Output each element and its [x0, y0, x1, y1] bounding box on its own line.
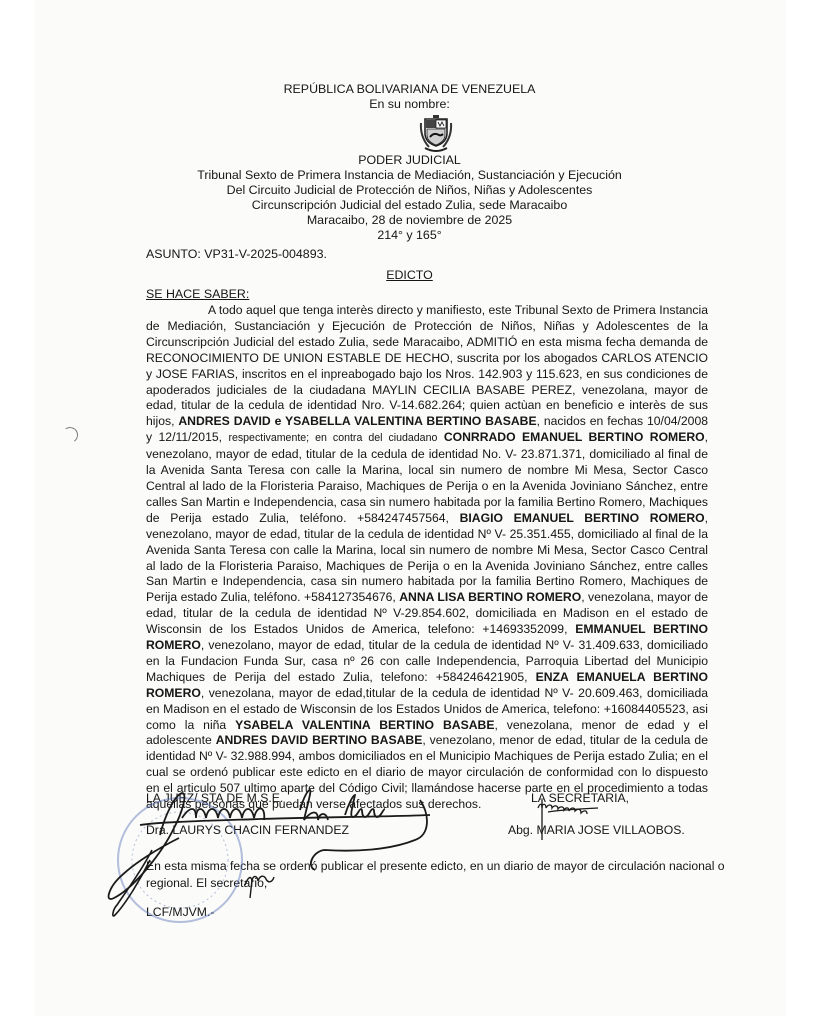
- header-tribunal: Tribunal Sexto de Primera Instancia de M…: [0, 168, 819, 183]
- children-names: ANDRES DAVID e YSABELLA VALENTINA BERTIN…: [178, 414, 536, 428]
- minor-1: YSABELA VALENTINA BERTINO BASABE: [235, 718, 494, 732]
- hace-saber-heading: SE HACE SABER:: [146, 287, 249, 301]
- secretary-name: Abg. MARIA JOSE VILLAOBOS.: [508, 823, 685, 837]
- defendant-1: CONRRADO EMANUEL BERTINO ROMERO: [444, 430, 705, 444]
- case-number: ASUNTO: VP31-V-2025-004893.: [146, 247, 327, 261]
- document-title: EDICTO: [0, 268, 819, 282]
- publication-note: En esta misma fecha se ordenó publicar e…: [146, 858, 736, 892]
- minor-2: ANDRES DAVID BERTINO BASABE: [216, 733, 423, 747]
- coat-of-arms-icon: [419, 113, 453, 153]
- respectively-text: respectivamente; en contra del ciudadano: [228, 432, 437, 444]
- body-intro: A todo aquel que tenga interès directo y…: [146, 303, 708, 428]
- header-republic: REPÚBLICA BOLIVARIANA DE VENEZUELA: [0, 82, 819, 97]
- defendant-3: ANNA LISA BERTINO ROMERO: [399, 590, 581, 604]
- judge-name: Dra. LAURYS CHACIN FERNANDEZ: [146, 823, 349, 837]
- initials: LCF/MJVM.-: [146, 905, 214, 919]
- header-in-name: En su nombre:: [0, 97, 819, 112]
- header-jurisdiction: Circunscripción Judicial del estado Zuli…: [0, 198, 819, 213]
- secretary-title: LA SECRETARIA,: [531, 791, 629, 805]
- judge-title: LA JUEZ/ STA DE M.S.E.: [146, 791, 283, 805]
- header-branch: PODER JUDICIAL: [0, 153, 819, 168]
- header-date: Maracaibo, 28 de noviembre de 2025: [0, 213, 819, 228]
- edict-body: A todo aquel que tenga interès directo y…: [146, 303, 708, 813]
- header-years: 214° y 165°: [0, 228, 819, 243]
- header-circuit: Del Circuito Judicial de Protección de N…: [0, 183, 819, 198]
- defendant-2: BIAGIO EMANUEL BERTINO ROMERO: [460, 511, 705, 525]
